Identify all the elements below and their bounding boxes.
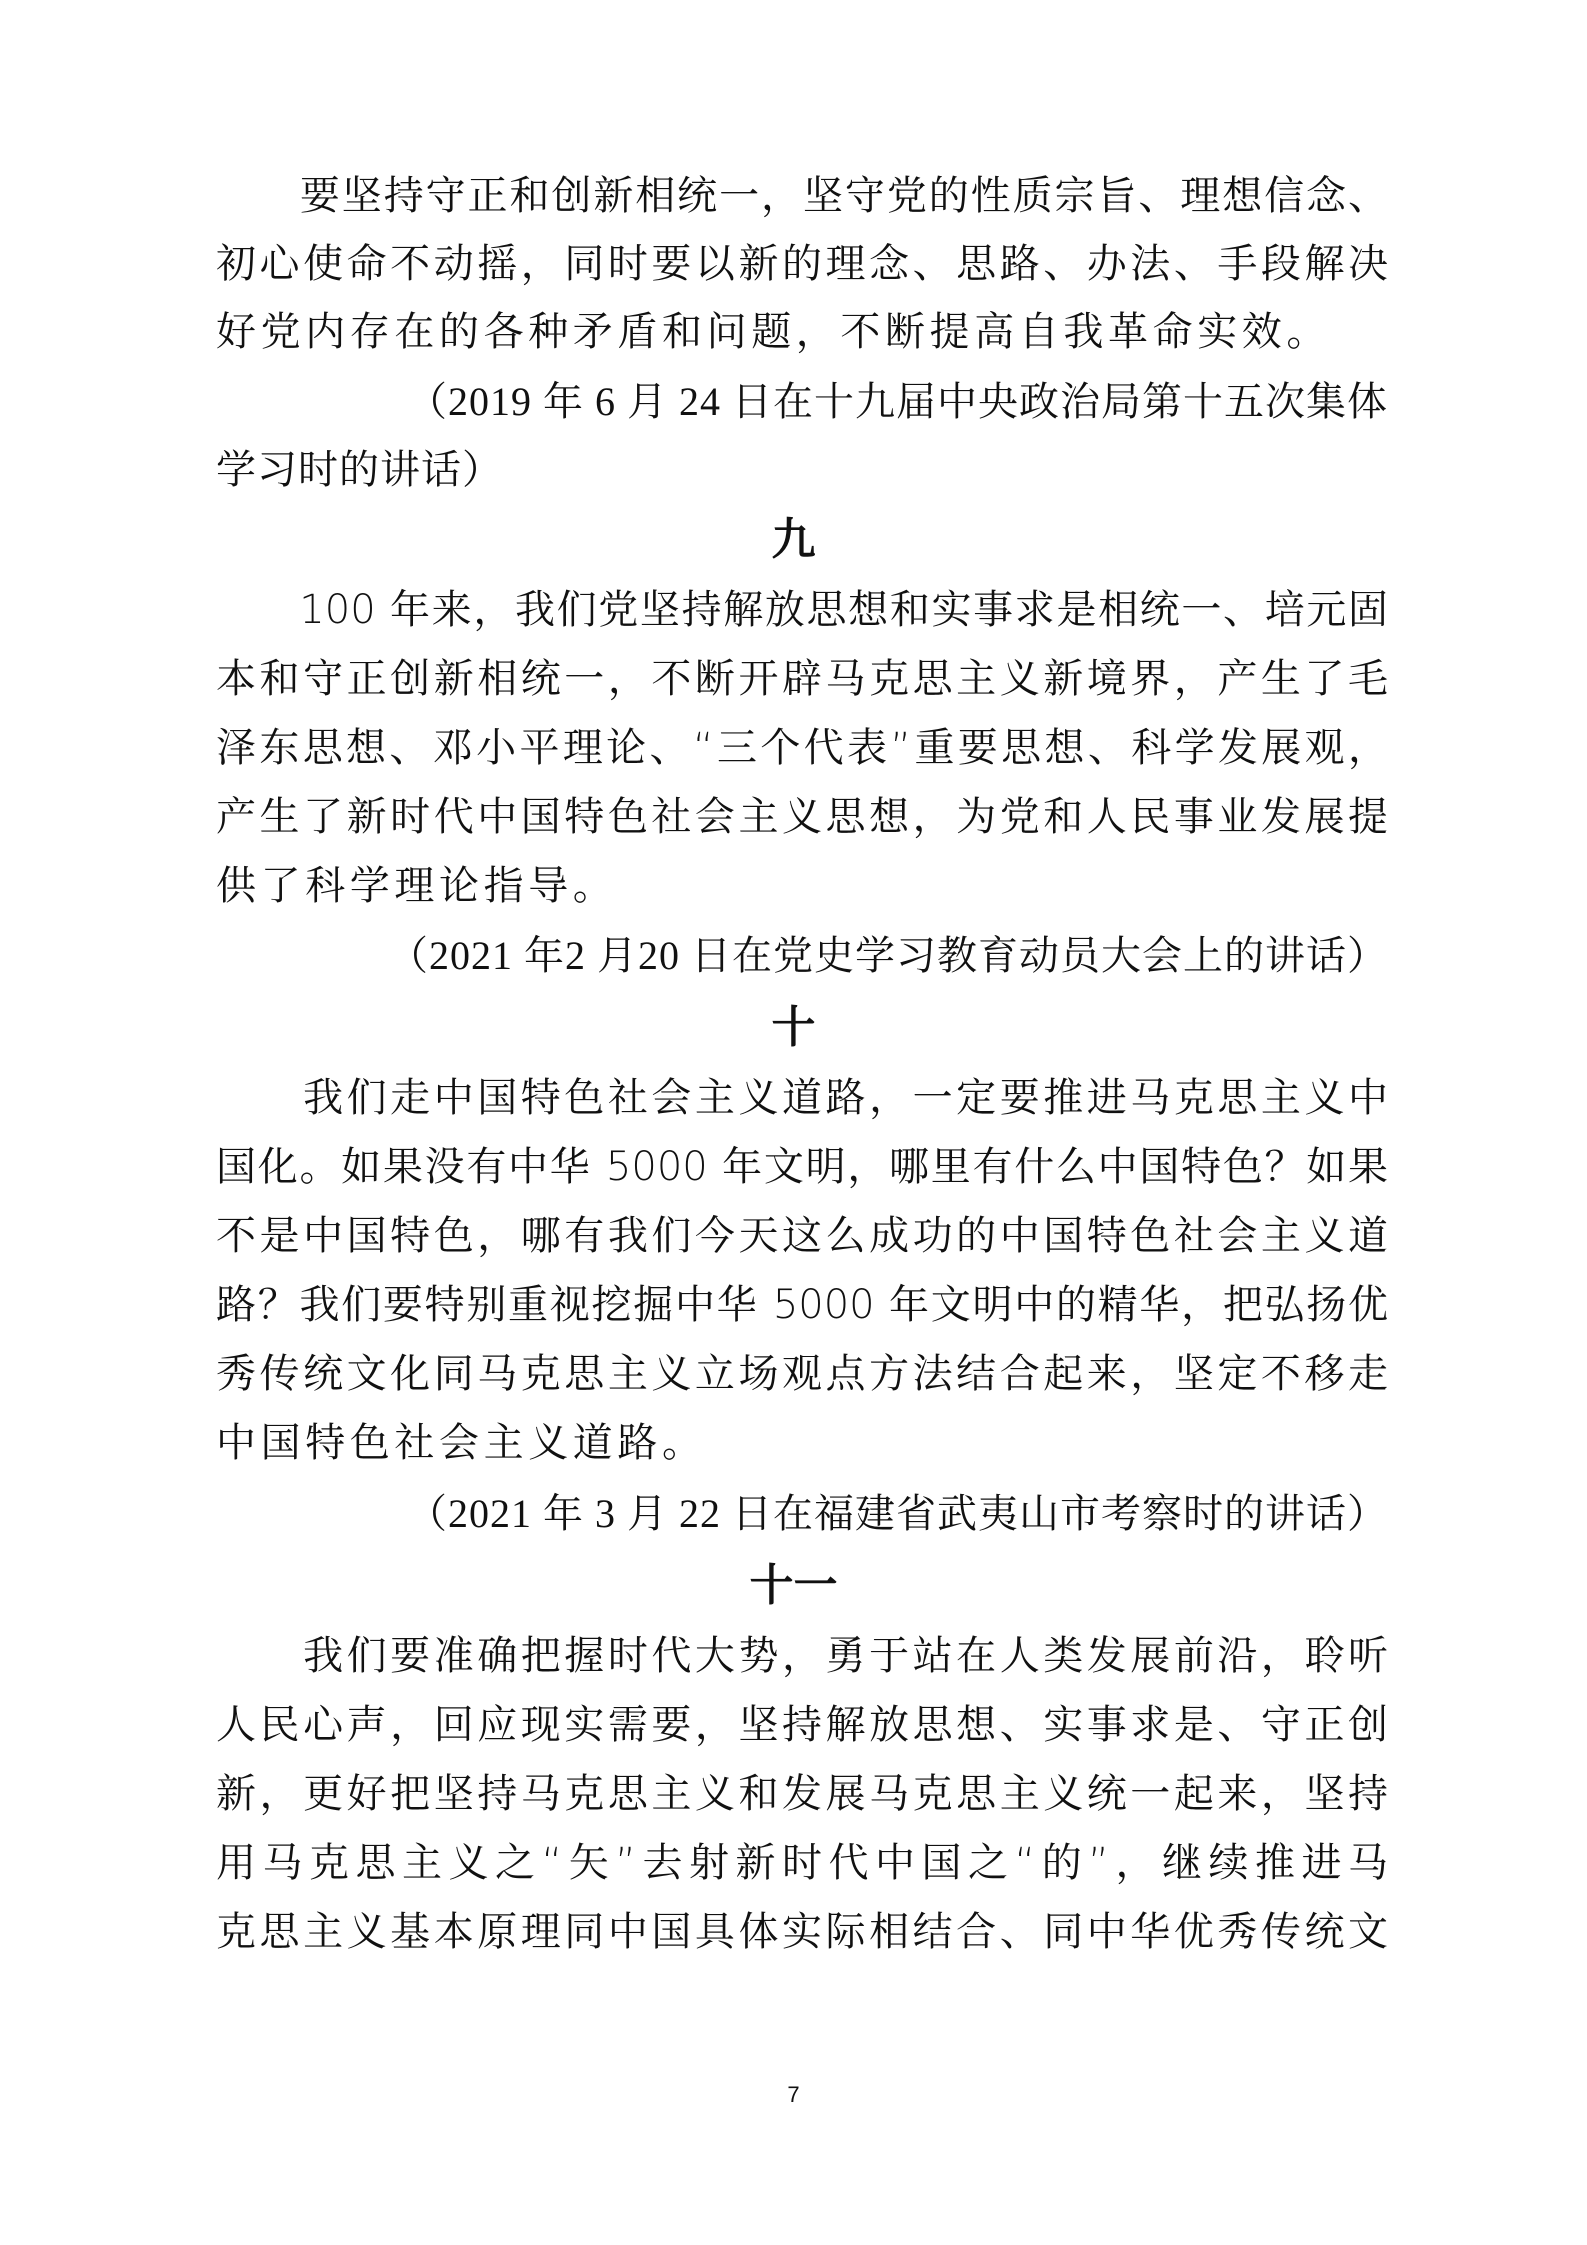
paragraph-line: 要坚持守正和创新相统一，坚守党的性质宗旨、理想信念、 [216, 172, 1388, 220]
paragraph-line: 国化。如果没有中华 5000 年文明，哪里有什么中国特色？如果 [216, 1143, 1388, 1191]
document-page: 要坚持守正和创新相统一，坚守党的性质宗旨、理想信念、 初心使命不动摇，同时要以新… [0, 0, 1587, 2245]
paragraph-line: 100 年来，我们党坚持解放思想和实事求是相统一、培元固 [216, 586, 1388, 634]
paragraph-line: 泽东思想、邓小平理论、“三个代表”重要思想、科学发展观， [216, 724, 1388, 772]
citation-line: （2019 年 6 月 24 日在十九届中央政治局第十五次集体 [216, 378, 1388, 426]
citation-line: 学习时的讲话） [216, 446, 1388, 494]
paragraph-line: 用马克思主义之“矢”去射新时代中国之“的”，继续推进马 [216, 1839, 1388, 1887]
section-heading-10: 十 [0, 1002, 1587, 1054]
paragraph-line: 中国特色社会主义道路。 [216, 1419, 1388, 1467]
paragraph-line: 我们要准确把握时代大势，勇于站在人类发展前沿，聆听 [216, 1632, 1388, 1680]
paragraph-line: 产生了新时代中国特色社会主义思想，为党和人民事业发展提 [216, 793, 1388, 841]
paragraph-line: 人民心声，回应现实需要，坚持解放思想、实事求是、守正创 [216, 1701, 1388, 1749]
paragraph-line: 新，更好把坚持马克思主义和发展马克思主义统一起来，坚持 [216, 1770, 1388, 1818]
paragraph-line: 克思主义基本原理同中国具体实际相结合、同中华优秀传统文 [216, 1908, 1388, 1956]
paragraph-line: 秀传统文化同马克思主义立场观点方法结合起来，坚定不移走 [216, 1350, 1388, 1398]
paragraph-line: 本和守正创新相统一，不断开辟马克思主义新境界，产生了毛 [216, 655, 1388, 703]
paragraph-line: 好党内存在的各种矛盾和问题，不断提高自我革命实效。 [216, 308, 1388, 356]
paragraph-line: 初心使命不动摇，同时要以新的理念、思路、办法、手段解决 [216, 240, 1388, 288]
paragraph-line: 不是中国特色，哪有我们今天这么成功的中国特色社会主义道 [216, 1212, 1388, 1260]
section-heading-9: 九 [0, 514, 1587, 566]
section-heading-11: 十一 [0, 1560, 1587, 1612]
paragraph-line: 供了科学理论指导。 [216, 862, 1388, 910]
citation-line: （2021 年2 月20 日在党史学习教育动员大会上的讲话） [216, 932, 1388, 980]
paragraph-line: 我们走中国特色社会主义道路，一定要推进马克思主义中 [216, 1074, 1388, 1122]
page-number: 7 [0, 2082, 1587, 2108]
paragraph-line: 路？我们要特别重视挖掘中华 5000 年文明中的精华，把弘扬优 [216, 1281, 1388, 1329]
citation-line: （2021 年 3 月 22 日在福建省武夷山市考察时的讲话） [216, 1490, 1388, 1538]
